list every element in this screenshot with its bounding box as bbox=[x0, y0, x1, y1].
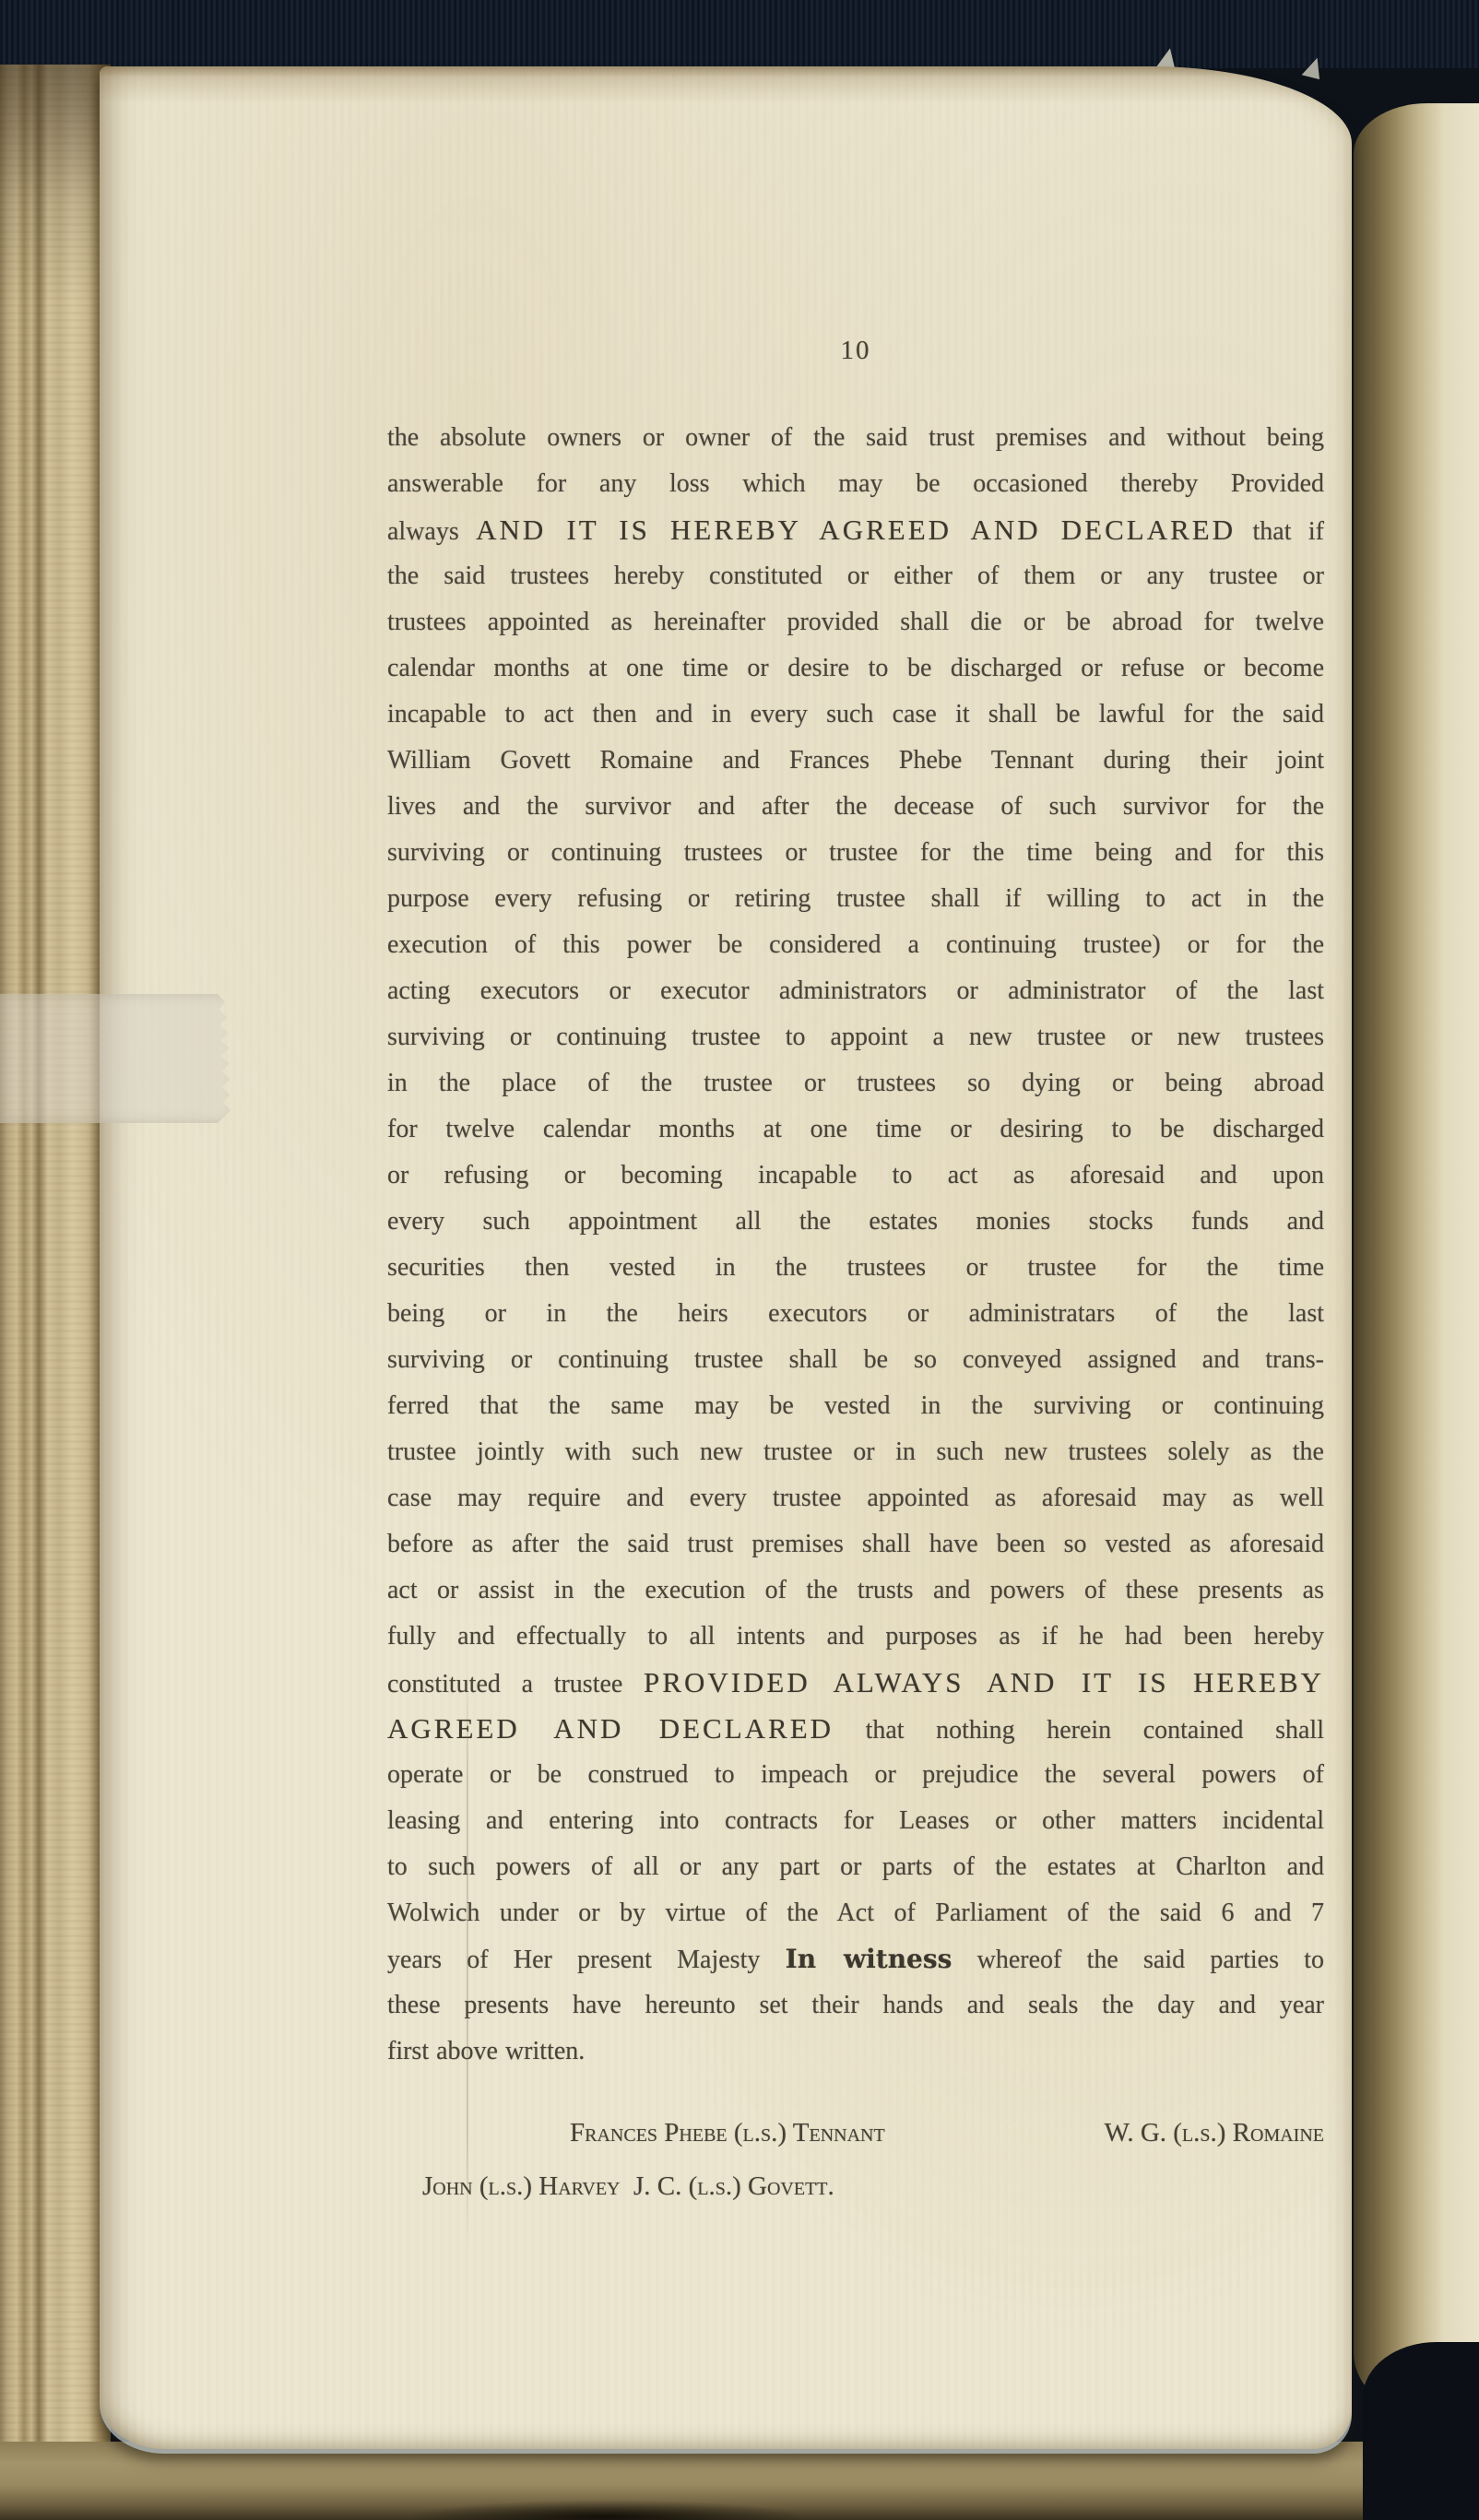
text-line: being or in the heirs executors or admin… bbox=[387, 1291, 1324, 1337]
signature-line: John (l.s.) Harvey J. C. (l.s.) Govett. bbox=[387, 2159, 1324, 2213]
facing-page-edge bbox=[1354, 103, 1479, 2418]
paper-tear-fragment bbox=[1302, 55, 1325, 79]
text-line: case may require and every trustee appoi… bbox=[387, 1475, 1324, 1521]
text-segment: constituted a trustee bbox=[387, 1670, 644, 1698]
text-line: trustee jointly with such new trustee or… bbox=[387, 1429, 1324, 1475]
text-line: the said trustees hereby constituted or … bbox=[387, 553, 1324, 599]
text-line: incapable to act then and in every such … bbox=[387, 692, 1324, 738]
text-line: trustees appointed as hereinafter provid… bbox=[387, 599, 1324, 645]
text-segment: purpose every refusing or retiring trust… bbox=[387, 884, 1324, 913]
text-line: answerable for any loss which may be occ… bbox=[387, 461, 1324, 507]
text-segment: that nothing herein contained shall bbox=[834, 1716, 1324, 1745]
text-segment: lives and the survivor and after the dec… bbox=[387, 792, 1324, 821]
text-segment: years of Her present Majesty bbox=[387, 1946, 786, 1974]
text-segment: every such appointment all the estates m… bbox=[387, 1207, 1324, 1236]
page-number: 10 bbox=[387, 332, 1324, 369]
text-line: first above written. bbox=[387, 2029, 1324, 2075]
text-line: before as after the said trust premises … bbox=[387, 1521, 1324, 1568]
paper-crease bbox=[467, 1666, 468, 2247]
text-segment: before as after the said trust premises … bbox=[387, 1530, 1324, 1558]
text-segment: surviving or continuing trustees or trus… bbox=[387, 838, 1324, 867]
signature-line: Frances Phebe (l.s.) Tennant W. G. (l.s.… bbox=[387, 2106, 1324, 2159]
text-segment: that if bbox=[1236, 517, 1324, 546]
text-line: operate or be construed to impeach or pr… bbox=[387, 1752, 1324, 1798]
text-line: William Govett Romaine and Frances Phebe… bbox=[387, 738, 1324, 784]
text-segment: the said trustees hereby constituted or … bbox=[387, 562, 1324, 590]
text-line: surviving or continuing trustees or trus… bbox=[387, 830, 1324, 876]
text-line: act or assist in the execution of the tr… bbox=[387, 1568, 1324, 1614]
text-segment: trustees appointed as hereinafter provid… bbox=[387, 608, 1324, 636]
text-segment: AND IT IS HEREBY AGREED AND DECLARED bbox=[476, 514, 1236, 546]
text-line: securities then vested in the trustees o… bbox=[387, 1245, 1324, 1291]
text-segment: or refusing or becoming incapable to act… bbox=[387, 1161, 1324, 1189]
text-line: in the place of the trustee or trustees … bbox=[387, 1060, 1324, 1106]
text-line: ferred that the same may be vested in th… bbox=[387, 1383, 1324, 1429]
text-segment: calendar months at one time or desire to… bbox=[387, 654, 1324, 682]
text-segment: being or in the heirs executors or admin… bbox=[387, 1299, 1324, 1328]
text-segment: securities then vested in the trustees o… bbox=[387, 1253, 1324, 1282]
text-line: every such appointment all the estates m… bbox=[387, 1199, 1324, 1245]
text-line: these presents have hereunto set their h… bbox=[387, 1982, 1324, 2029]
text-segment: William Govett Romaine and Frances Phebe… bbox=[387, 746, 1324, 775]
text-segment: for twelve calendar months at one time o… bbox=[387, 1115, 1324, 1143]
text-segment: to such powers of all or any part or par… bbox=[387, 1852, 1324, 1881]
text-line: purpose every refusing or retiring trust… bbox=[387, 876, 1324, 922]
body-text: the absolute owners or owner of the said… bbox=[387, 415, 1324, 2075]
text-line: fully and effectually to all intents and… bbox=[387, 1614, 1324, 1660]
signature-name: W. G. (l.s.) Romaine bbox=[1105, 2106, 1324, 2159]
text-line: to such powers of all or any part or par… bbox=[387, 1844, 1324, 1890]
text-segment: surviving or continuing trustee to appoi… bbox=[387, 1023, 1324, 1051]
text-line: the absolute owners or owner of the said… bbox=[387, 415, 1324, 461]
text-line: constituted a trustee PROVIDED ALWAYS AN… bbox=[387, 1660, 1324, 1706]
text-segment: incapable to act then and in every such … bbox=[387, 700, 1324, 728]
book-cover-top-edge bbox=[0, 0, 1479, 68]
signature-block: Frances Phebe (l.s.) Tennant W. G. (l.s.… bbox=[387, 2106, 1324, 2213]
tape-strip bbox=[0, 994, 236, 1123]
text-segment: surviving or continuing trustee shall be… bbox=[387, 1345, 1324, 1374]
text-line: lives and the survivor and after the dec… bbox=[387, 784, 1324, 830]
text-line: surviving or continuing trustee shall be… bbox=[387, 1337, 1324, 1383]
text-segment: AGREED AND DECLARED bbox=[387, 1712, 834, 1745]
book-bottom-block bbox=[0, 2442, 1479, 2520]
text-line: acting executors or executor administrat… bbox=[387, 968, 1324, 1014]
text-segment: ferred that the same may be vested in th… bbox=[387, 1391, 1324, 1420]
text-segment: Wolwich under or by virtue of the Act of… bbox=[387, 1899, 1324, 1927]
text-line: surviving or continuing trustee to appoi… bbox=[387, 1014, 1324, 1060]
text-segment: these presents have hereunto set their h… bbox=[387, 1991, 1324, 2019]
text-line: Wolwich under or by virtue of the Act of… bbox=[387, 1890, 1324, 1936]
text-segment: act or assist in the execution of the tr… bbox=[387, 1576, 1324, 1604]
gutter-shadow-bottom-right bbox=[1363, 2342, 1479, 2520]
text-line: AGREED AND DECLARED that nothing herein … bbox=[387, 1706, 1324, 1752]
text-segment: leasing and entering into contracts for … bbox=[387, 1806, 1324, 1835]
text-line: leasing and entering into contracts for … bbox=[387, 1798, 1324, 1844]
text-line: for twelve calendar months at one time o… bbox=[387, 1106, 1324, 1153]
text-segment: fully and effectually to all intents and… bbox=[387, 1622, 1324, 1650]
text-line: calendar months at one time or desire to… bbox=[387, 645, 1324, 692]
text-line: or refusing or becoming incapable to act… bbox=[387, 1153, 1324, 1199]
text-segment: answerable for any loss which may be occ… bbox=[387, 469, 1324, 498]
text-segment: PROVIDED ALWAYS AND IT IS HEREBY bbox=[644, 1666, 1324, 1698]
page-edges-stack-left bbox=[0, 65, 111, 2520]
text-segment: the absolute owners or owner of the said… bbox=[387, 423, 1324, 452]
text-segment: In witness bbox=[786, 1944, 952, 1974]
text-segment: acting executors or executor administrat… bbox=[387, 976, 1324, 1005]
text-line: years of Her present Majesty In witness … bbox=[387, 1936, 1324, 1982]
text-segment: always bbox=[387, 517, 476, 546]
scanned-page: 10 the absolute owners or owner of the s… bbox=[100, 66, 1352, 2449]
text-segment: operate or be construed to impeach or pr… bbox=[387, 1760, 1324, 1789]
text-segment: case may require and every trustee appoi… bbox=[387, 1484, 1324, 1512]
text-segment: execution of this power be considered a … bbox=[387, 930, 1324, 959]
text-segment: first above written. bbox=[387, 2037, 585, 2065]
text-segment: trustee jointly with such new trustee or… bbox=[387, 1437, 1324, 1466]
book-scan-scene: 10 the absolute owners or owner of the s… bbox=[0, 0, 1479, 2520]
text-line: execution of this power be considered a … bbox=[387, 922, 1324, 968]
text-segment: whereof the said parties to bbox=[952, 1946, 1324, 1974]
text-segment: in the place of the trustee or trustees … bbox=[387, 1069, 1324, 1097]
signature-name: Frances Phebe (l.s.) Tennant bbox=[570, 2106, 885, 2159]
text-line: always AND IT IS HEREBY AGREED AND DECLA… bbox=[387, 507, 1324, 553]
